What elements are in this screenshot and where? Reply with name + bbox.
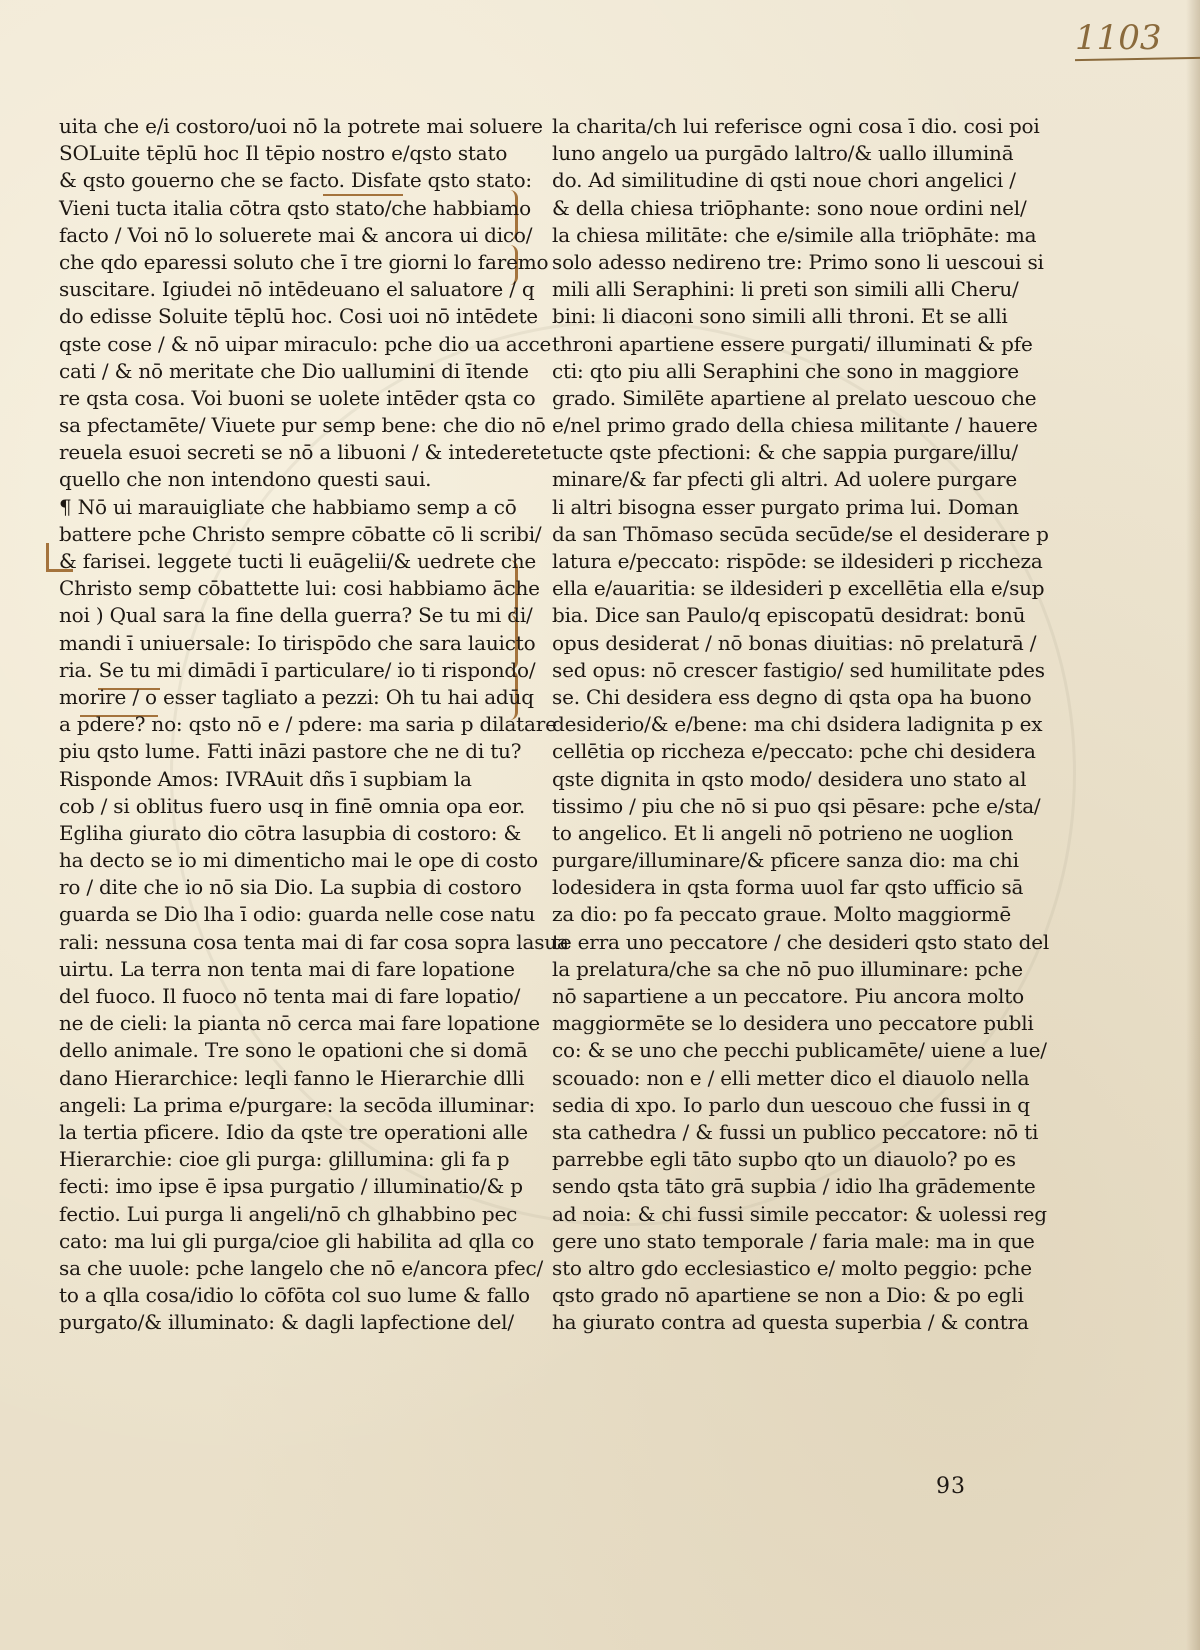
text-line: mili alli Seraphini: li preti son simili… bbox=[552, 276, 992, 303]
text-line: maggiormēte se lo desidera uno peccatore… bbox=[552, 1010, 992, 1037]
manuscript-foliation-annotation: 1103 bbox=[1075, 18, 1162, 58]
text-line: latura e/peccato: rispōde: se ildesideri… bbox=[552, 548, 992, 575]
text-line: ria. Se tu mi dimādi ī particulare/ io t… bbox=[59, 657, 509, 684]
paragraph-start-line: ¶ Nō ui marauigliate che habbiamo semp a… bbox=[59, 494, 509, 521]
text-line: a pdere? no: qsto nō e / pdere: ma saria… bbox=[59, 711, 509, 738]
text-line: noi ) Qual sara la fine della guerra? Se… bbox=[59, 602, 509, 629]
text-line: bia. Dice san Paulo/q episcopatū desidra… bbox=[552, 602, 992, 629]
text-line: gere uno stato temporale / faria male: m… bbox=[552, 1228, 992, 1255]
text-line: Risponde Amos: IVRAuit dñs ī supbiam la bbox=[59, 766, 509, 793]
text-line: la charita/ch lui referisce ogni cosa ī … bbox=[552, 113, 992, 140]
text-line: throni apartiene essere purgati/ illumin… bbox=[552, 331, 992, 358]
text-line: opus desiderat / nō bonas diuitias: nō p… bbox=[552, 630, 992, 657]
text-column-left: uita che e/i costoro/uoi nō la potrete m… bbox=[59, 113, 509, 1336]
text-line: desiderio/& e/bene: ma chi dsidera ladig… bbox=[552, 711, 992, 738]
text-line: do. Ad similitudine di qsti noue chori a… bbox=[552, 167, 992, 194]
text-line: tucte qste pfectioni: & che sappia purga… bbox=[552, 439, 992, 466]
text-line: Egliha giurato dio cōtra lasupbia di cos… bbox=[59, 820, 509, 847]
text-line: parrebbe egli tāto supbo qto un diauolo?… bbox=[552, 1146, 992, 1173]
text-line: SOLuite tēplū hoc Il tēpio nostro e/qsto… bbox=[59, 140, 509, 167]
text-line: te erra uno peccatore / che desideri qst… bbox=[552, 929, 992, 956]
folio-number: 93 bbox=[936, 1474, 966, 1499]
text-line: sa che uuole: pche langelo che nō e/anco… bbox=[59, 1255, 509, 1282]
text-line: grado. Similēte apartiene al prelato ues… bbox=[552, 385, 992, 412]
text-line: ha decto se io mi dimenticho mai le ope … bbox=[59, 847, 509, 874]
text-line: qste cose / & nō uipar miraculo: pche di… bbox=[59, 331, 509, 358]
text-line: morire / o esser tagliato a pezzi: Oh tu… bbox=[59, 684, 509, 711]
text-line: ella e/auaritia: se ildesideri p excellē… bbox=[552, 575, 992, 602]
text-line: nō sapartiene a un peccatore. Piu ancora… bbox=[552, 983, 992, 1010]
text-line: reuela esuoi secreti se nō a libuoni / &… bbox=[59, 439, 509, 466]
text-line: e/nel primo grado della chiesa militante… bbox=[552, 412, 992, 439]
text-column-right: la charita/ch lui referisce ogni cosa ī … bbox=[552, 113, 992, 1336]
text-line: sed opus: nō crescer fastigio/ sed humil… bbox=[552, 657, 992, 684]
text-line: & della chiesa triōphante: sono noue ord… bbox=[552, 195, 992, 222]
text-line: & farisei. leggete tucti li euāgelii/& u… bbox=[59, 548, 509, 575]
text-line: cellētia op riccheza e/peccato: pche chi… bbox=[552, 738, 992, 765]
text-line: se. Chi desidera ess degno di qsta opa h… bbox=[552, 684, 992, 711]
text-line: bini: li diaconi sono simili alli throni… bbox=[552, 303, 992, 330]
text-line: piu qsto lume. Fatti ināzi pastore che n… bbox=[59, 738, 509, 765]
text-line: Christo semp cōbattette lui: cosi habbia… bbox=[59, 575, 509, 602]
text-line: to a qlla cosa/idio lo cōfōta col suo lu… bbox=[59, 1282, 509, 1309]
text-line: to angelico. Et li angeli nō potrieno ne… bbox=[552, 820, 992, 847]
text-line: do edisse Soluite tēplū hoc. Cosi uoi nō… bbox=[59, 303, 509, 330]
text-line: ha giurato contra ad questa superbia / &… bbox=[552, 1309, 992, 1336]
text-line: sendo qsta tāto grā supbia / idio lha gr… bbox=[552, 1173, 992, 1200]
text-line: luno angelo ua purgādo laltro/& uallo il… bbox=[552, 140, 992, 167]
text-line: rali: nessuna cosa tenta mai di far cosa… bbox=[59, 929, 509, 956]
text-line: solo adesso nedireno tre: Primo sono li … bbox=[552, 249, 992, 276]
paper-page: 1103 uita che e/i costoro/uoi nō la potr… bbox=[0, 0, 1200, 1650]
text-line: ne de cieli: la pianta nō cerca mai fare… bbox=[59, 1010, 509, 1037]
text-line: angeli: La prima e/purgare: la secōda il… bbox=[59, 1092, 509, 1119]
text-line: cti: qto piu alli Seraphini che sono in … bbox=[552, 358, 992, 385]
text-line: guarda se Dio lha ī odio: guarda nelle c… bbox=[59, 901, 509, 928]
text-line: purgato/& illuminato: & dagli lapfection… bbox=[59, 1309, 509, 1336]
text-line: dello animale. Tre sono le opationi che … bbox=[59, 1037, 509, 1064]
text-line: sa pfectamēte/ Viuete pur semp bene: che… bbox=[59, 412, 509, 439]
text-line: quello che non intendono questi saui. bbox=[59, 466, 509, 493]
text-line: uita che e/i costoro/uoi nō la potrete m… bbox=[59, 113, 509, 140]
text-line: che qdo eparessi soluto che ī tre giorni… bbox=[59, 249, 509, 276]
text-line: qste dignita in qsto modo/ desidera uno … bbox=[552, 766, 992, 793]
text-line: fectio. Lui purga li angeli/nō ch glhabb… bbox=[59, 1201, 509, 1228]
text-line: Hierarchie: cioe gli purga: glillumina: … bbox=[59, 1146, 509, 1173]
text-line: li altri bisogna esser purgato prima lui… bbox=[552, 494, 992, 521]
text-line: sta cathedra / & fussi un publico peccat… bbox=[552, 1119, 992, 1146]
text-line: ro / dite che io nō sia Dio. La supbia d… bbox=[59, 874, 509, 901]
text-line: fecti: imo ipse ē ipsa purgatio / illumi… bbox=[59, 1173, 509, 1200]
text-line: battere pche Christo sempre cōbatte cō l… bbox=[59, 521, 509, 548]
text-line: sto altro gdo ecclesiastico e/ molto peg… bbox=[552, 1255, 992, 1282]
text-line: lodesidera in qsta forma uuol far qsto u… bbox=[552, 874, 992, 901]
text-line: minare/& far pfecti gli altri. Ad uolere… bbox=[552, 466, 992, 493]
text-line: dano Hierarchice: leqli fanno le Hierarc… bbox=[59, 1065, 509, 1092]
text-line: & qsto gouerno che se facto. Disfate qst… bbox=[59, 167, 509, 194]
text-line: Vieni tucta italia cōtra qsto stato/che … bbox=[59, 195, 509, 222]
text-line: ad noia: & chi fussi simile peccator: & … bbox=[552, 1201, 992, 1228]
text-line: qsto grado nō apartiene se non a Dio: & … bbox=[552, 1282, 992, 1309]
text-line: del fuoco. Il fuoco nō tenta mai di fare… bbox=[59, 983, 509, 1010]
text-line: da san Thōmaso secūda secūde/se el desid… bbox=[552, 521, 992, 548]
text-line: cati / & nō meritate che Dio uallumini d… bbox=[59, 358, 509, 385]
text-line: la chiesa militāte: che e/simile alla tr… bbox=[552, 222, 992, 249]
text-line: co: & se uno che pecchi publicamēte/ uie… bbox=[552, 1037, 992, 1064]
text-line: purgare/illuminare/& pficere sanza dio: … bbox=[552, 847, 992, 874]
text-line: sedia di xpo. Io parlo dun uescouo che f… bbox=[552, 1092, 992, 1119]
text-line: cato: ma lui gli purga/cioe gli habilita… bbox=[59, 1228, 509, 1255]
text-line: la tertia pficere. Idio da qste tre oper… bbox=[59, 1119, 509, 1146]
text-line: re qsta cosa. Voi buoni se uolete intēde… bbox=[59, 385, 509, 412]
text-line: tissimo / piu che nō si puo qsi pēsare: … bbox=[552, 793, 992, 820]
text-line: mandi ī uniuersale: Io tirispōdo che sar… bbox=[59, 630, 509, 657]
text-line: za dio: po fa peccato graue. Molto maggi… bbox=[552, 901, 992, 928]
page-edge-shadow bbox=[1186, 0, 1200, 1650]
text-line: cob / si oblitus fuero usq in finē omnia… bbox=[59, 793, 509, 820]
text-line: la prelatura/che sa che nō puo illuminar… bbox=[552, 956, 992, 983]
text-line: facto / Voi nō lo soluerete mai & ancora… bbox=[59, 222, 509, 249]
text-line: scouado: non e / elli metter dico el dia… bbox=[552, 1065, 992, 1092]
text-line: uirtu. La terra non tenta mai di fare lo… bbox=[59, 956, 509, 983]
text-line: suscitare. Igiudei nō intēdeuano el salu… bbox=[59, 276, 509, 303]
